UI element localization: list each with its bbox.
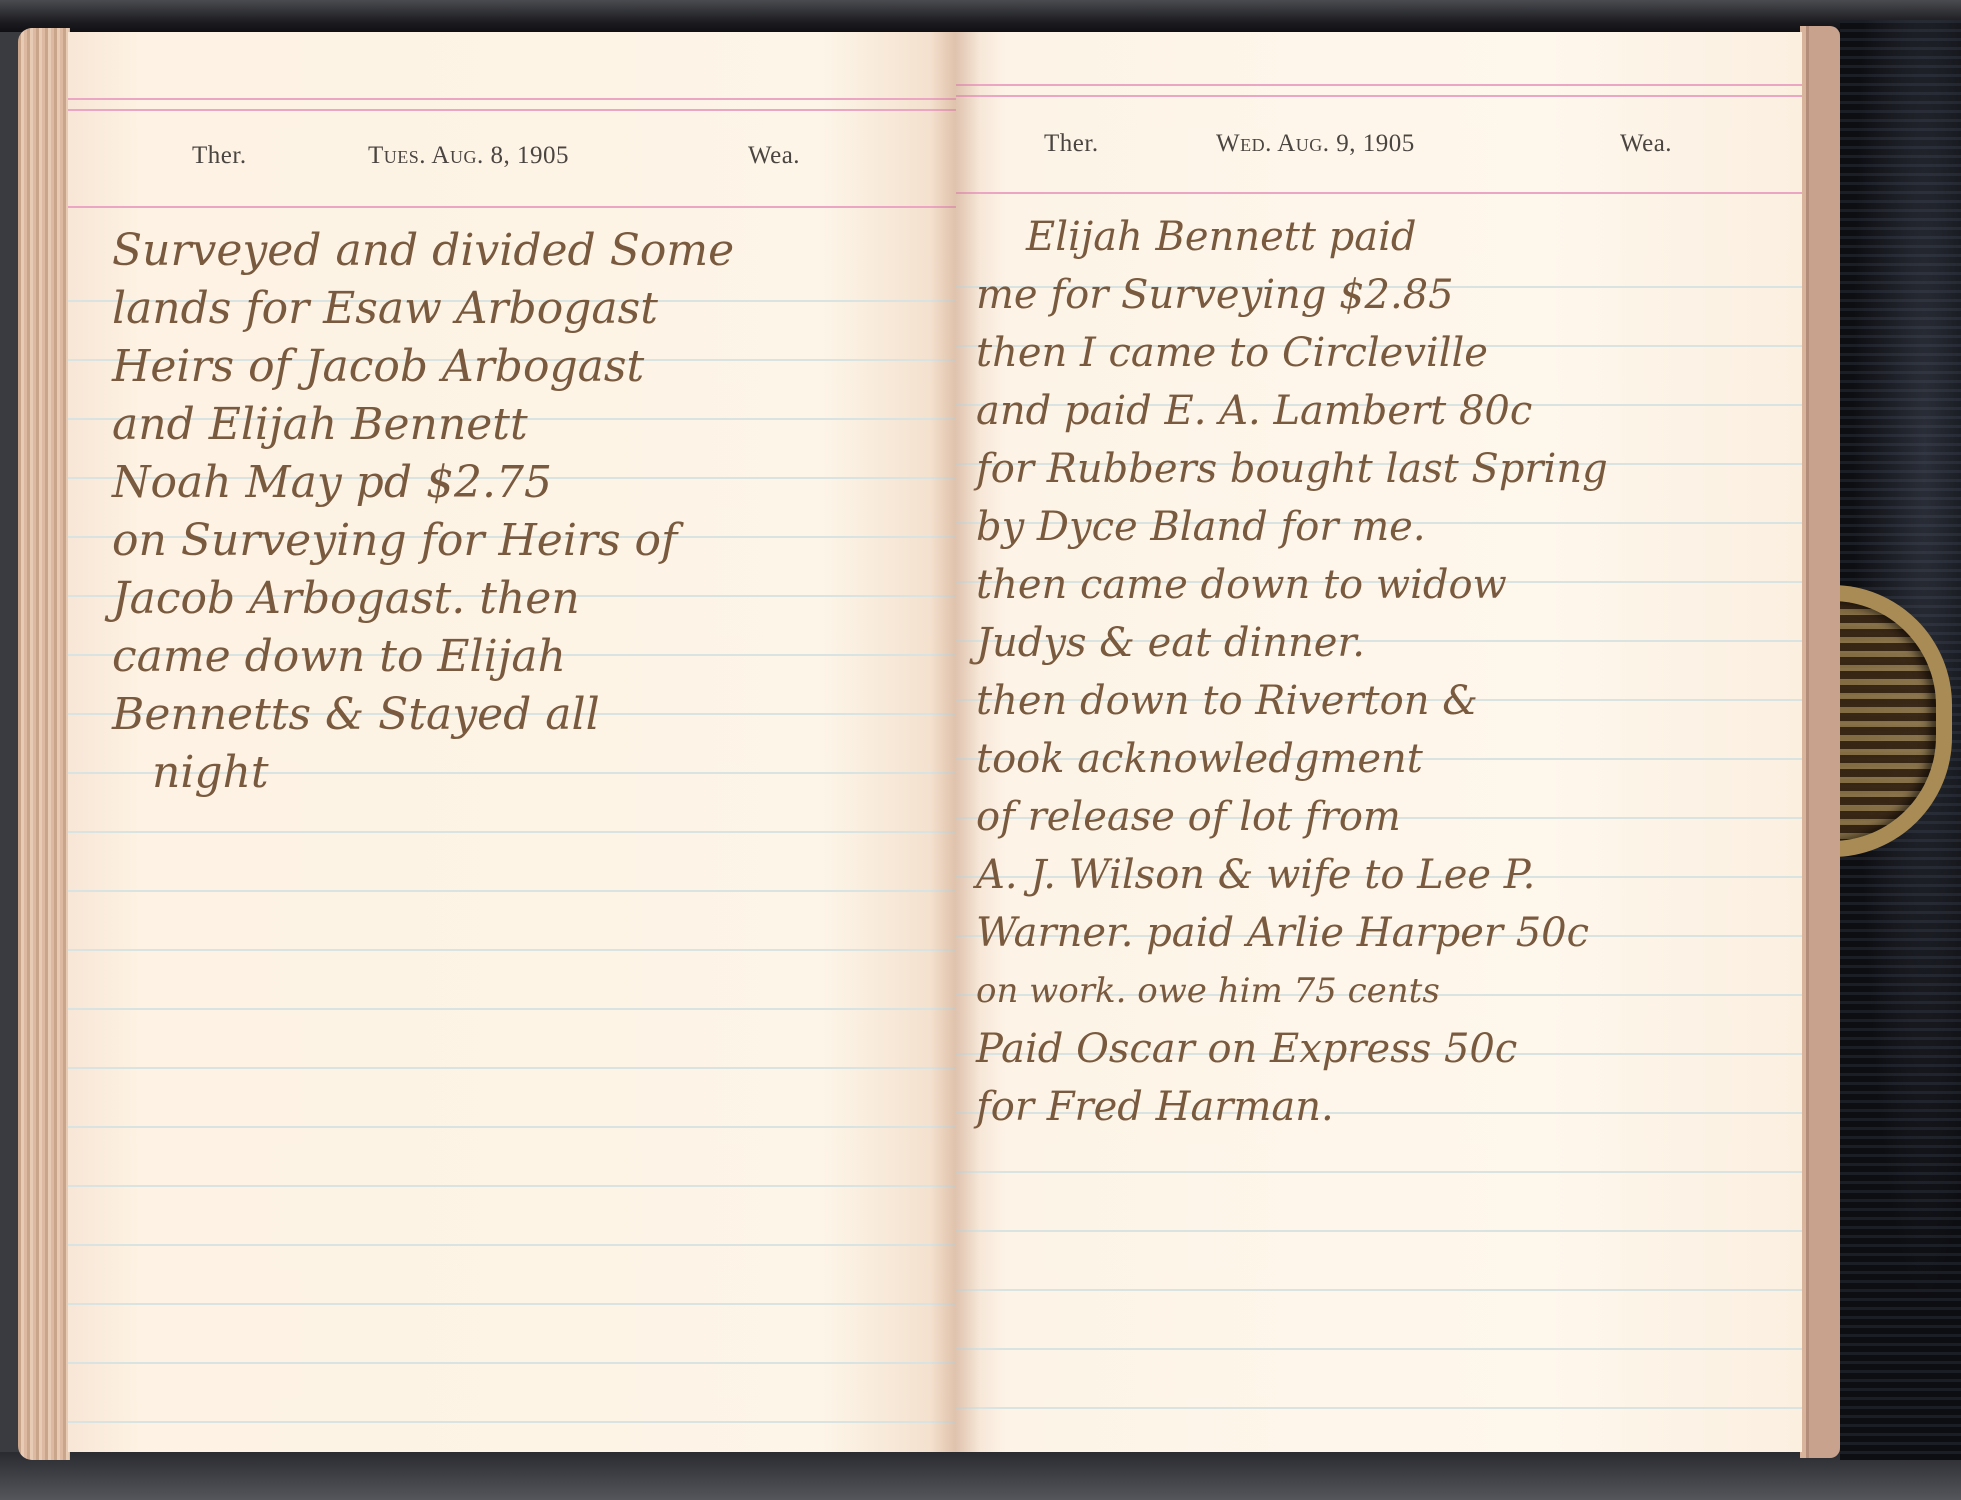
handwritten-entry: Elijah Bennett paid me for Surveying $2.… [956, 208, 1802, 1136]
page-stack-right [1800, 26, 1840, 1458]
entry-line: then down to Riverton & [976, 672, 1802, 730]
background-bottom [0, 1452, 1961, 1500]
header-rule [68, 206, 956, 208]
ruled-line [956, 1171, 1802, 1173]
entry-line: came down to Elijah [112, 628, 956, 686]
ruled-line [68, 1067, 956, 1069]
entry-line: Judys & eat dinner. [976, 614, 1802, 672]
weather-label: Wea. [1620, 130, 1672, 158]
weather-label: Wea. [748, 142, 800, 170]
ruled-line [68, 890, 956, 892]
entry-line: Jacob Arbogast. then [112, 570, 956, 628]
ruled-line [68, 1008, 956, 1010]
ruled-line [68, 1362, 956, 1364]
entry-line: of release of lot from [976, 788, 1802, 846]
ruled-line [68, 949, 956, 951]
entry-line: Surveyed and divided Some [112, 222, 956, 280]
ruled-line [68, 1303, 956, 1305]
top-rule [68, 109, 956, 111]
top-rule [68, 98, 956, 100]
background-top [0, 0, 1961, 32]
ruled-line [68, 1185, 956, 1187]
thermometer-label: Ther. [1044, 130, 1099, 158]
entry-line: Elijah Bennett paid [976, 208, 1802, 266]
entry-line: A. J. Wilson & wife to Lee P. [976, 846, 1802, 904]
handwritten-entry: Surveyed and divided Some lands for Esaw… [68, 222, 956, 802]
entry-line: then came down to widow [976, 556, 1802, 614]
entry-line: Warner. paid Arlie Harper 50c [976, 904, 1802, 962]
ruled-line [68, 1126, 956, 1128]
entry-line: Bennetts & Stayed all [112, 686, 956, 744]
ruled-line [956, 1407, 1802, 1409]
top-rule [956, 95, 1802, 97]
entry-line: night [112, 744, 956, 802]
entry-line: by Dyce Bland for me. [976, 498, 1802, 556]
entry-line: on Surveying for Heirs of [112, 512, 956, 570]
entry-line: Paid Oscar on Express 50c [976, 1020, 1802, 1078]
page-date: Wed. Aug. 9, 1905 [1216, 130, 1415, 158]
ruled-line [956, 1230, 1802, 1232]
ruled-line [956, 1348, 1802, 1350]
left-page: Ther. Tues. Aug. 8, 1905 Wea. Surveyed a… [68, 32, 956, 1452]
thermometer-label: Ther. [192, 142, 247, 170]
header-rule [956, 192, 1802, 194]
page-header: Ther. Tues. Aug. 8, 1905 Wea. [68, 142, 956, 182]
entry-line: on work. owe him 75 cents [976, 962, 1802, 1020]
entry-line: for Fred Harman. [976, 1078, 1802, 1136]
page-stack-left [18, 28, 70, 1460]
entry-line: then I came to Circleville [976, 324, 1802, 382]
ruled-line [68, 1421, 956, 1423]
ruled-line [68, 831, 956, 833]
top-rule [956, 84, 1802, 86]
entry-line: me for Surveying $2.85 [976, 266, 1802, 324]
page-header: Ther. Wed. Aug. 9, 1905 Wea. [956, 130, 1802, 170]
entry-line: lands for Esaw Arbogast [112, 280, 956, 338]
page-date: Tues. Aug. 8, 1905 [368, 142, 569, 170]
entry-line: for Rubbers bought last Spring [976, 440, 1802, 498]
entry-line: took acknowledgment [976, 730, 1802, 788]
entry-line: and paid E. A. Lambert 80c [976, 382, 1802, 440]
entry-line: Heirs of Jacob Arbogast [112, 338, 956, 396]
right-page: Ther. Wed. Aug. 9, 1905 Wea. Elijah Benn… [956, 32, 1802, 1452]
ruled-line [956, 1289, 1802, 1291]
entry-line: and Elijah Bennett [112, 396, 956, 454]
entry-line: Noah May pd $2.75 [112, 454, 956, 512]
ruled-line [68, 1244, 956, 1246]
